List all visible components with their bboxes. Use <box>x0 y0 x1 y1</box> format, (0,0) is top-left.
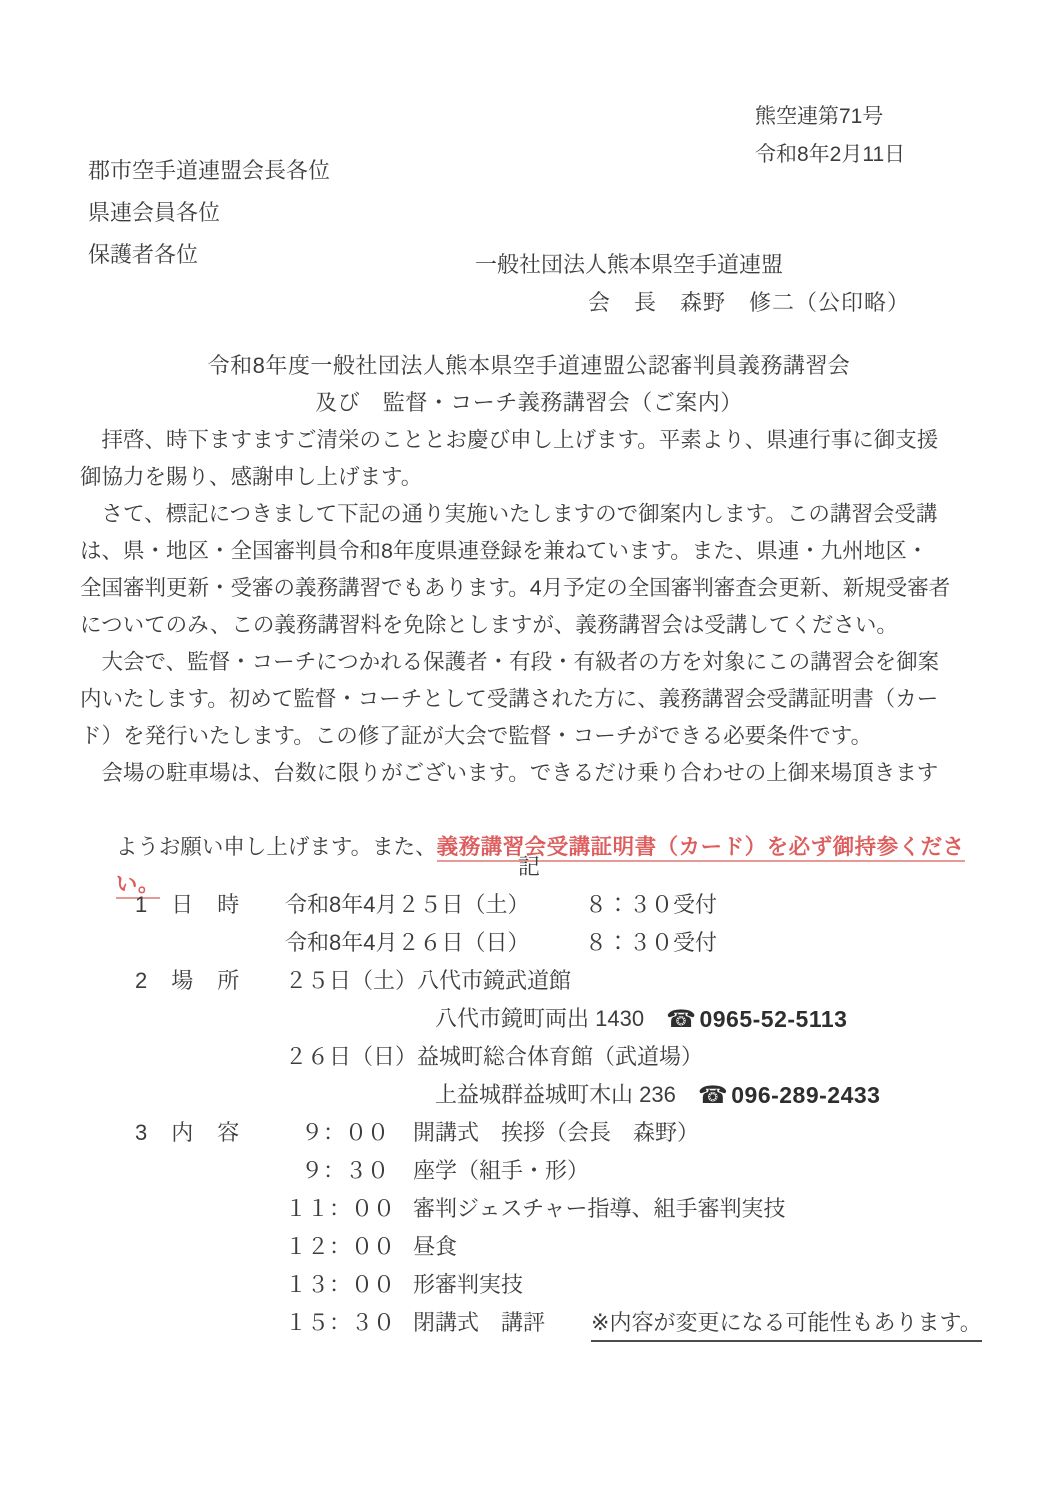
label-spacer <box>135 1228 285 1266</box>
recipient-line: 保護者各位 <box>88 234 330 276</box>
schedule-activity: 形審判実技 <box>413 1266 523 1304</box>
schedule-time: １５：３０ <box>285 1304 389 1342</box>
schedule-row: 3 内 容 ９：００ 開講式 挨拶（会長 森野） <box>135 1114 1015 1152</box>
label-spacer <box>135 1304 285 1342</box>
schedule-activity: 座学（組手・形） <box>413 1152 589 1190</box>
sender-organization: 一般社団法人熊本県空手道連盟 <box>475 246 910 284</box>
schedule-time: １２：００ <box>285 1228 389 1266</box>
item-number-contents: 3 内 容 <box>135 1114 285 1152</box>
phone-number: 0965-52-5113 <box>699 1006 847 1032</box>
schedule-activity: 審判ジェスチャー指導、組手審判実技 <box>413 1190 785 1228</box>
venue-phone: ☎096-289-2433 <box>676 1076 881 1114</box>
schedule-change-note: ※内容が変更になる可能性もあります。 <box>591 1304 982 1342</box>
schedule-row: ９：３０ 座学（組手・形） <box>135 1152 1015 1190</box>
venue-address-row: 八代市鏡町両出 1430 ☎0965-52-5113 <box>135 1000 1015 1038</box>
schedule-row: １１：００ 審判ジェスチャー指導、組手審判実技 <box>135 1190 1015 1228</box>
sender-block: 一般社団法人熊本県空手道連盟 会 長 森野 修二（公印略） <box>475 246 910 322</box>
datetime-row: 1 日 時 令和8年4月２５日（土） ８：３０受付 <box>135 886 1015 924</box>
phone-icon: ☎ <box>698 1082 728 1109</box>
document-meta: 熊空連第71号 令和8年2月11日 <box>755 98 905 174</box>
schedule-time: ９：３０ <box>285 1152 389 1190</box>
schedule-row: １５：３０ 閉講式 講評 ※内容が変更になる可能性もあります。 <box>135 1304 1015 1342</box>
schedule-activity: 開講式 挨拶（会長 森野） <box>413 1114 699 1152</box>
recipients-block: 郡市空手道連盟会長各位 県連会員各位 保護者各位 <box>88 150 330 276</box>
label-spacer <box>135 1266 285 1304</box>
label-spacer <box>135 1038 285 1076</box>
venue-name: ２５日（土）八代市鏡武道館 <box>285 962 571 1000</box>
phone-icon: ☎ <box>666 1006 696 1033</box>
item-number-venue: 2 場 所 <box>135 962 285 1000</box>
reception-time: ８：３０受付 <box>585 924 717 962</box>
label-spacer <box>135 924 285 962</box>
venue-address: 八代市鏡町両出 1430 <box>435 1000 644 1038</box>
schedule-time: １１：００ <box>285 1190 389 1228</box>
body-line: 全国審判更新・受審の義務講習でもあります。4月予定の全国審判審査会更新、新規受審… <box>80 570 990 607</box>
details-list: 1 日 時 令和8年4月２５日（土） ８：３０受付 令和8年4月２６日（日） ８… <box>135 886 1015 1342</box>
venue-row: 2 場 所 ２５日（土）八代市鏡武道館 <box>135 962 1015 1000</box>
schedule-time: ９：００ <box>285 1114 389 1152</box>
body-line: 御協力を賜り、感謝申し上げます。 <box>80 459 990 496</box>
label-spacer <box>135 1190 285 1228</box>
body-line: は、県・地区・全国審判員令和8年度県連登録を兼ねています。また、県連・九州地区・ <box>80 533 990 570</box>
schedule-time: １３：００ <box>285 1266 389 1304</box>
recipient-line: 県連会員各位 <box>88 192 330 234</box>
scanned-notice-page: 熊空連第71号 令和8年2月11日 郡市空手道連盟会長各位 県連会員各位 保護者… <box>0 0 1058 1495</box>
recipient-line: 郡市空手道連盟会長各位 <box>88 150 330 192</box>
label-spacer <box>135 1076 285 1114</box>
label-spacer <box>135 1000 285 1038</box>
body-line: さて、標記につきまして下記の通り実施いたしますので御案内します。この講習会受講 <box>80 496 990 533</box>
document-number: 熊空連第71号 <box>755 98 905 136</box>
schedule-activity: 昼食 <box>413 1228 457 1266</box>
sender-name: 会 長 森野 修二（公印略） <box>588 284 910 322</box>
title-line-2: 及び 監督・コーチ義務講習会（ご案内） <box>0 384 1058 421</box>
label-spacer <box>135 1152 285 1190</box>
venue-address: 上益城群益城町木山 236 <box>435 1076 676 1114</box>
venue-name: ２６日（日）益城町総合体育館（武道場） <box>285 1038 703 1076</box>
record-marker: 記 <box>0 850 1058 881</box>
venue-row: ２６日（日）益城町総合体育館（武道場） <box>135 1038 1015 1076</box>
schedule-row: １２：００ 昼食 <box>135 1228 1015 1266</box>
schedule-activity: 閉講式 講評 <box>413 1304 545 1342</box>
body-line: 大会で、監督・コーチにつかれる保護者・有段・有級者の方を対象にこの講習会を御案 <box>80 644 990 681</box>
reception-time: ８：３０受付 <box>585 886 717 924</box>
session-date: 令和8年4月２６日（日） <box>285 924 585 962</box>
issue-date: 令和8年2月11日 <box>755 136 905 174</box>
venue-phone: ☎0965-52-5113 <box>644 1000 847 1038</box>
body-line: ド）を発行いたします。この修了証が大会で監督・コーチができる必要条件です。 <box>80 718 990 755</box>
venue-address-row: 上益城群益城町木山 236 ☎096-289-2433 <box>135 1076 1015 1114</box>
title-line-1: 令和8年度一般社団法人熊本県空手道連盟公認審判員義務講習会 <box>0 347 1058 384</box>
document-title: 令和8年度一般社団法人熊本県空手道連盟公認審判員義務講習会 及び 監督・コーチ義… <box>0 347 1058 421</box>
body-line: 拝啓、時下ますますご清栄のこととお慶び申し上げます。平素より、県連行事に御支援 <box>80 422 990 459</box>
body-line-with-highlight: ようお願い申し上げます。また、義務講習会受講証明書（カード）を必ず御持参くださ <box>80 792 990 829</box>
body-line: についてのみ、この義務講習料を免除としますが、義務講習会は受講してください。 <box>80 607 990 644</box>
datetime-row: 令和8年4月２６日（日） ８：３０受付 <box>135 924 1015 962</box>
body-line: 内いたします。初めて監督・コーチとして受講された方に、義務講習会受講証明書（カー <box>80 681 990 718</box>
session-date: 令和8年4月２５日（土） <box>285 886 585 924</box>
schedule-row: １３：００ 形審判実技 <box>135 1266 1015 1304</box>
body-text: 拝啓、時下ますますご清栄のこととお慶び申し上げます。平素より、県連行事に御支援 … <box>80 422 990 866</box>
body-line: 会場の駐車場は、台数に限りがございます。できるだけ乗り合わせの上御来場頂きます <box>80 755 990 792</box>
phone-number: 096-289-2433 <box>731 1082 880 1108</box>
item-number-datetime: 1 日 時 <box>135 886 285 924</box>
